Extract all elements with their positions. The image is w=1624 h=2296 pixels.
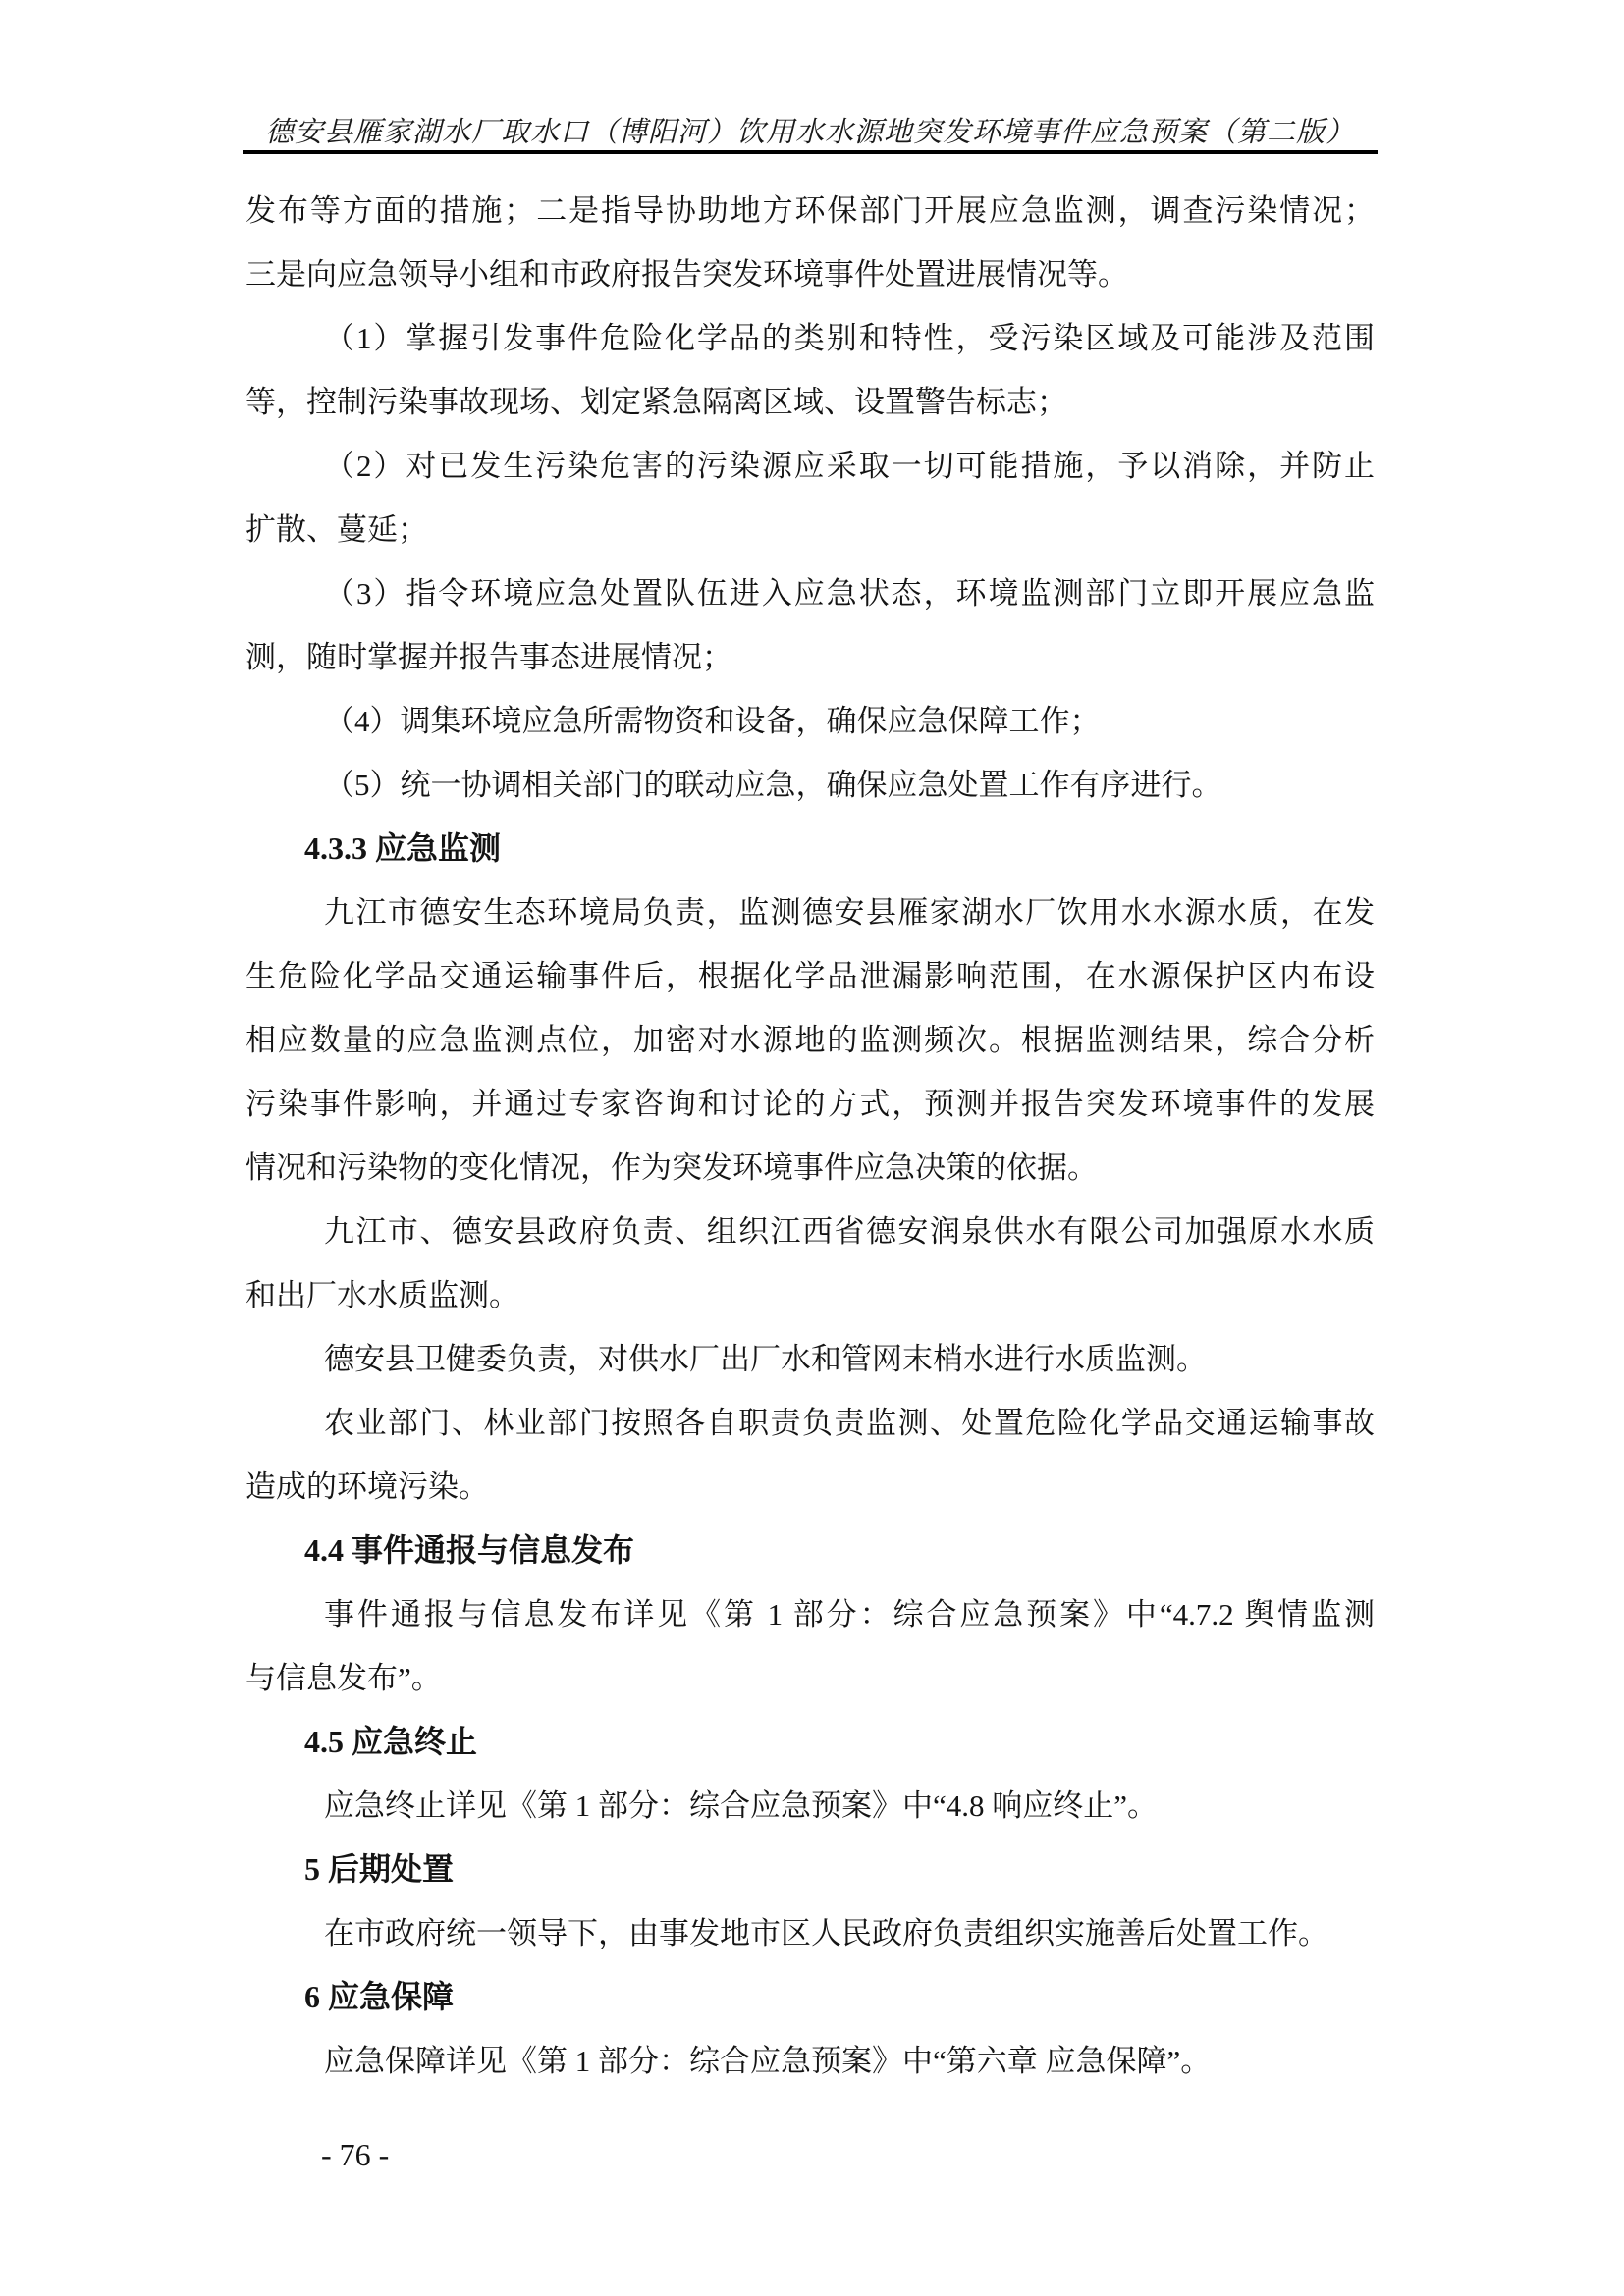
- document-body: 发布等方面的措施；二是指导协助地方环保部门开展应急监测，调查污染情况； 三是向应…: [245, 179, 1375, 2093]
- text-line: 扩散、蔓延；: [245, 498, 1375, 561]
- page-number: - 76 -: [321, 2130, 389, 2179]
- text-line: 农业部门、林业部门按照各自职责负责监测、处置危险化学品交通运输事故: [245, 1391, 1375, 1455]
- text-line: 相应数量的应急监测点位，加密对水源地的监测频次。根据监测结果，综合分析: [245, 1008, 1375, 1072]
- text-line: 在市政府统一领导下，由事发地市区人民政府负责组织实施善后处置工作。: [245, 1901, 1375, 1965]
- text-line: 应急终止详见《第 1 部分：综合应急预案》中“4.8 响应终止”。: [245, 1774, 1375, 1838]
- text-line: 九江市、德安县政府负责、组织江西省德安润泉供水有限公司加强原水水质: [245, 1200, 1375, 1263]
- text-line: 九江市德安生态环境局负责，监测德安县雁家湖水厂饮用水水源水质，在发: [245, 881, 1375, 944]
- text-line: 发布等方面的措施；二是指导协助地方环保部门开展应急监测，调查污染情况；: [245, 179, 1375, 242]
- text-line: 三是向应急领导小组和市政府报告突发环境事件处置进展情况等。: [245, 242, 1375, 306]
- text-line: 事件通报与信息发布详见《第 1 部分：综合应急预案》中“4.7.2 舆情监测: [245, 1582, 1375, 1646]
- text-line: （5）统一协调相关部门的联动应急，确保应急处置工作有序进行。: [245, 753, 1375, 817]
- text-line: 生危险化学品交通运输事件后，根据化学品泄漏影响范围，在水源保护区内布设: [245, 944, 1375, 1008]
- text-line: 造成的环境污染。: [245, 1455, 1375, 1519]
- text-line: 等，控制污染事故现场、划定紧急隔离区域、设置警告标志；: [245, 370, 1375, 434]
- page-header-title: 德安县雁家湖水厂取水口（博阳河）饮用水水源地突发环境事件应急预案（第二版）: [243, 116, 1378, 149]
- text-line: （3）指令环境应急处置队伍进入应急状态，环境监测部门立即开展应急监: [245, 561, 1375, 625]
- text-line: （4）调集环境应急所需物资和设备，确保应急保障工作；: [245, 689, 1375, 753]
- section-heading: 4.5 应急终止: [245, 1710, 1375, 1774]
- text-line: 测，随时掌握并报告事态进展情况；: [245, 625, 1375, 689]
- section-heading: 4.4 事件通报与信息发布: [245, 1519, 1375, 1582]
- text-line: 与信息发布”。: [245, 1646, 1375, 1710]
- section-heading: 5 后期处置: [245, 1838, 1375, 1901]
- document-page: 德安县雁家湖水厂取水口（博阳河）饮用水水源地突发环境事件应急预案（第二版） 发布…: [0, 0, 1624, 2296]
- text-line: 德安县卫健委负责，对供水厂出厂水和管网末梢水进行水质监测。: [245, 1327, 1375, 1391]
- text-line: 污染事件影响，并通过专家咨询和讨论的方式，预测并报告突发环境事件的发展: [245, 1072, 1375, 1136]
- section-heading: 6 应急保障: [245, 1965, 1375, 2029]
- text-line: 应急保障详见《第 1 部分：综合应急预案》中“第六章 应急保障”。: [245, 2029, 1375, 2093]
- text-line: 和出厂水水质监测。: [245, 1263, 1375, 1327]
- section-heading: 4.3.3 应急监测: [245, 817, 1375, 881]
- text-line: 情况和污染物的变化情况，作为突发环境事件应急决策的依据。: [245, 1136, 1375, 1200]
- header-rule: [243, 150, 1378, 154]
- text-line: （2）对已发生污染危害的污染源应采取一切可能措施，予以消除，并防止: [245, 434, 1375, 498]
- text-line: （1）掌握引发事件危险化学品的类别和特性，受污染区域及可能涉及范围: [245, 306, 1375, 370]
